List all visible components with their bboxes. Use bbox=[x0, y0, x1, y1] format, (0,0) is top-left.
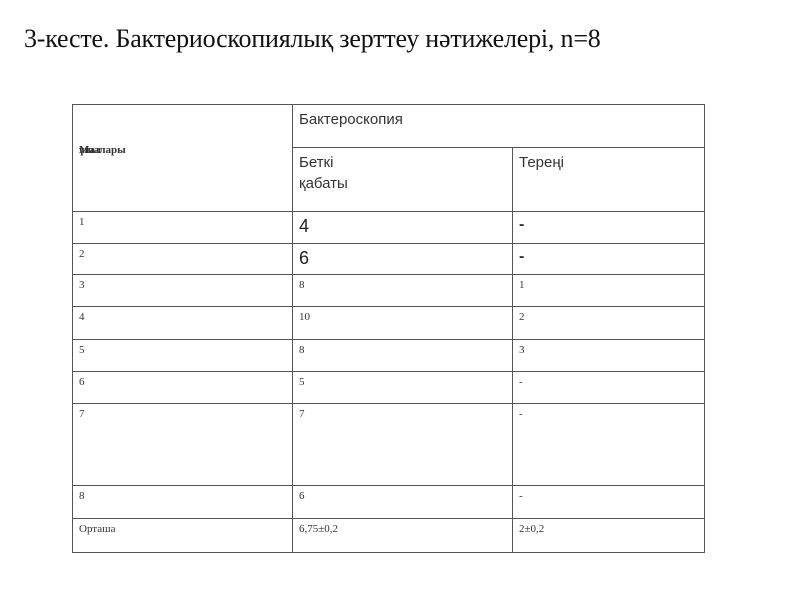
header-surface-line2: қабаты bbox=[299, 173, 506, 194]
cell-surface: 8 bbox=[293, 275, 513, 307]
header-carcasses-line2: ұшалары bbox=[79, 142, 286, 158]
cell-surface: 10 bbox=[293, 307, 513, 340]
cell-n: 8 bbox=[73, 486, 293, 519]
table-row: 5 8 3 bbox=[73, 340, 705, 372]
table-row: 7 7 - bbox=[73, 404, 705, 486]
cell-deep: - bbox=[513, 486, 705, 519]
cell-n: 1 bbox=[73, 212, 293, 244]
cell-deep: - bbox=[513, 404, 705, 486]
cell-deep: - bbox=[513, 244, 705, 275]
header-surface-line1: Беткі bbox=[299, 152, 506, 173]
cell-deep: 3 bbox=[513, 340, 705, 372]
cell-surface: 4 bbox=[293, 212, 513, 244]
cell-surface: 6 bbox=[293, 244, 513, 275]
table-row: 2 6 - bbox=[73, 244, 705, 275]
table-row: 3 8 1 bbox=[73, 275, 705, 307]
table-row-average: Орташа 6,75±0,2 2±0,2 bbox=[73, 519, 705, 553]
cell-average-deep: 2±0,2 bbox=[513, 519, 705, 553]
table-row: 4 10 2 bbox=[73, 307, 705, 340]
cell-deep: - bbox=[513, 372, 705, 404]
cell-surface: 5 bbox=[293, 372, 513, 404]
cell-n: 7 bbox=[73, 404, 293, 486]
header-surface: Беткі қабаты bbox=[293, 148, 513, 212]
bacterioscopy-table: Мал ұшалары Бактероскопия Беткі қабаты Т… bbox=[72, 104, 705, 553]
table-row: 6 5 - bbox=[73, 372, 705, 404]
cell-deep: - bbox=[513, 212, 705, 244]
cell-n: 2 bbox=[73, 244, 293, 275]
table-caption: 3-кесте. Бактериоскопиялық зерттеу нәтиж… bbox=[24, 24, 601, 54]
cell-deep: 2 bbox=[513, 307, 705, 340]
cell-deep: 1 bbox=[513, 275, 705, 307]
cell-n: 5 bbox=[73, 340, 293, 372]
cell-n: 3 bbox=[73, 275, 293, 307]
cell-surface: 7 bbox=[293, 404, 513, 486]
cell-n: 6 bbox=[73, 372, 293, 404]
cell-surface: 8 bbox=[293, 340, 513, 372]
table-row: 1 4 - bbox=[73, 212, 705, 244]
cell-average-surface: 6,75±0,2 bbox=[293, 519, 513, 553]
table-row: 8 6 - bbox=[73, 486, 705, 519]
header-deep: Тереңі bbox=[513, 148, 705, 212]
header-carcasses: Мал ұшалары bbox=[73, 105, 293, 212]
cell-average-label: Орташа bbox=[73, 519, 293, 553]
cell-n: 4 bbox=[73, 307, 293, 340]
header-bacterioscopy: Бактероскопия bbox=[293, 105, 705, 148]
cell-surface: 6 bbox=[293, 486, 513, 519]
